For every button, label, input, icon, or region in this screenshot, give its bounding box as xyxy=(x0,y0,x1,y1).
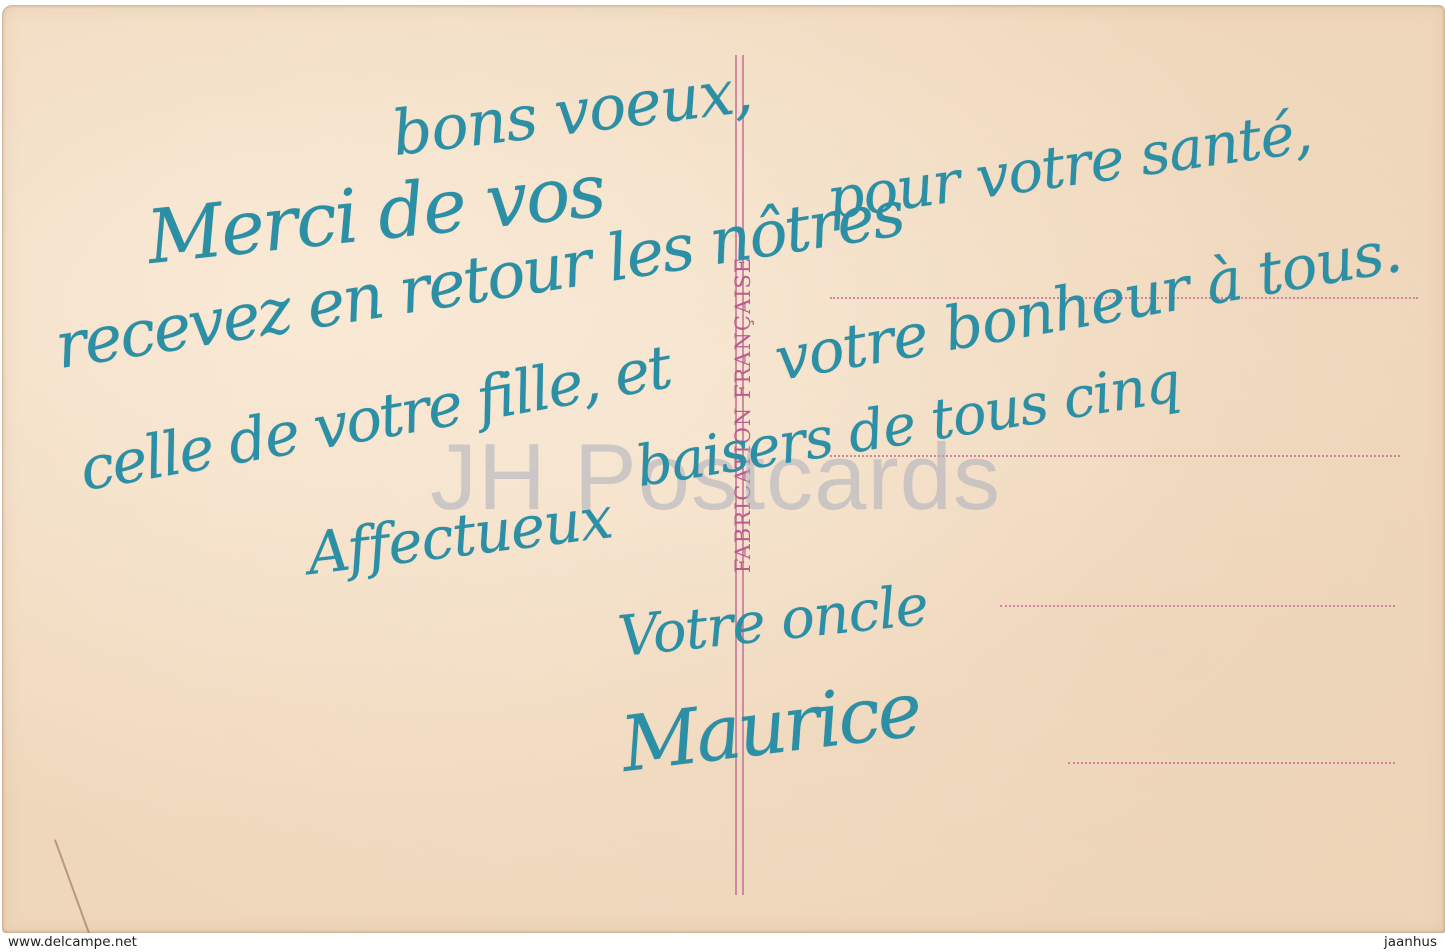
handwritten-signature: Maurice xyxy=(616,664,924,789)
address-line-4 xyxy=(1068,762,1395,764)
source-credit: www.delcampe.net xyxy=(8,933,137,952)
handwritten-line: pour votre santé, xyxy=(823,98,1316,233)
postcard-back: FABRICATION FRANÇAISE JH Postcards Merci… xyxy=(2,5,1445,933)
address-line-3 xyxy=(1000,605,1395,607)
handwritten-line: Votre oncle xyxy=(615,573,931,670)
postcard-viewer: FABRICATION FRANÇAISE JH Postcards Merci… xyxy=(0,0,1445,952)
credit-footer: www.delcampe.net jaanhus xyxy=(0,933,1445,952)
paper-crease xyxy=(54,839,90,933)
seller-credit: jaanhus xyxy=(1384,933,1437,952)
